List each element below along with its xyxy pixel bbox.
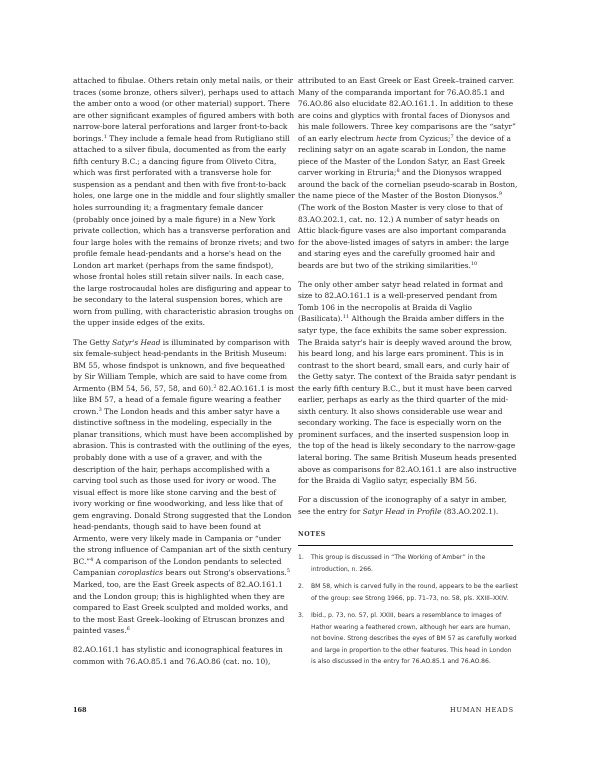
- footnote-ref[interactable]: 5: [287, 568, 290, 574]
- note-item: 2. BM 58, which is carved fully in the r…: [298, 581, 518, 604]
- footnote-ref[interactable]: 10: [471, 261, 477, 267]
- text: (The work of the Boston Master is very c…: [298, 203, 509, 270]
- text: The Getty: [73, 338, 112, 347]
- note-text: This group is discussed in “The Working …: [311, 552, 518, 575]
- note-text: BM 58, which is carved fully in the roun…: [311, 581, 518, 604]
- note-number: 2.: [298, 581, 311, 604]
- text: attributed to an East Greek or East Gree…: [298, 76, 516, 143]
- cross-reference-title[interactable]: Satyr Head in Profile: [363, 507, 442, 516]
- note-text: Ibid., p. 73, no. 57, pl. XXIII, bears a…: [311, 610, 518, 668]
- text: attached to fibulae. Others retain only …: [73, 76, 294, 143]
- italic-term: coroplastics: [118, 568, 163, 577]
- paragraph: 82.AO.161.1 has stylistic and iconograph…: [73, 644, 295, 667]
- notes-heading: NOTES: [298, 529, 518, 541]
- note-item: 3. Ibid., p. 73, no. 57, pl. XXIII, bear…: [298, 610, 518, 668]
- page-number: 168: [73, 706, 87, 714]
- text: They include a female head from Rutiglia…: [73, 134, 295, 328]
- paragraph: attached to fibulae. Others retain only …: [73, 75, 295, 329]
- notes-divider: [298, 545, 513, 547]
- text: Although the Braida amber differs in the…: [298, 314, 517, 485]
- text: Marked, too, are the East Greek aspects …: [73, 580, 288, 635]
- paragraph: The Getty Satyr's Head is illuminated by…: [73, 337, 295, 637]
- note-number: 1.: [298, 552, 311, 575]
- text: (83.AO.202.1).: [441, 507, 498, 516]
- footnote-ref[interactable]: 9: [499, 191, 502, 197]
- note-item: 1. This group is discussed in “The Worki…: [298, 552, 518, 575]
- footnote-ref[interactable]: 6: [127, 626, 130, 632]
- italic-title: Satyr's Head: [112, 338, 160, 347]
- document-page: attached to fibulae. Others retain only …: [0, 0, 600, 762]
- left-column: attached to fibulae. Others retain only …: [73, 75, 295, 675]
- text: The London heads and this amber satyr ha…: [73, 407, 293, 566]
- text: bears out Strong's observations.: [163, 568, 287, 577]
- italic-term: hecte: [376, 134, 397, 143]
- paragraph: attributed to an East Greek or East Gree…: [298, 75, 518, 271]
- note-number: 3.: [298, 610, 311, 668]
- right-column: attributed to an East Greek or East Gree…: [298, 75, 518, 674]
- running-head: HUMAN HEADS: [450, 706, 514, 714]
- paragraph: The only other amber satyr head related …: [298, 279, 518, 487]
- text: from Cyzicus;: [397, 134, 451, 143]
- paragraph: For a discussion of the iconography of a…: [298, 494, 518, 517]
